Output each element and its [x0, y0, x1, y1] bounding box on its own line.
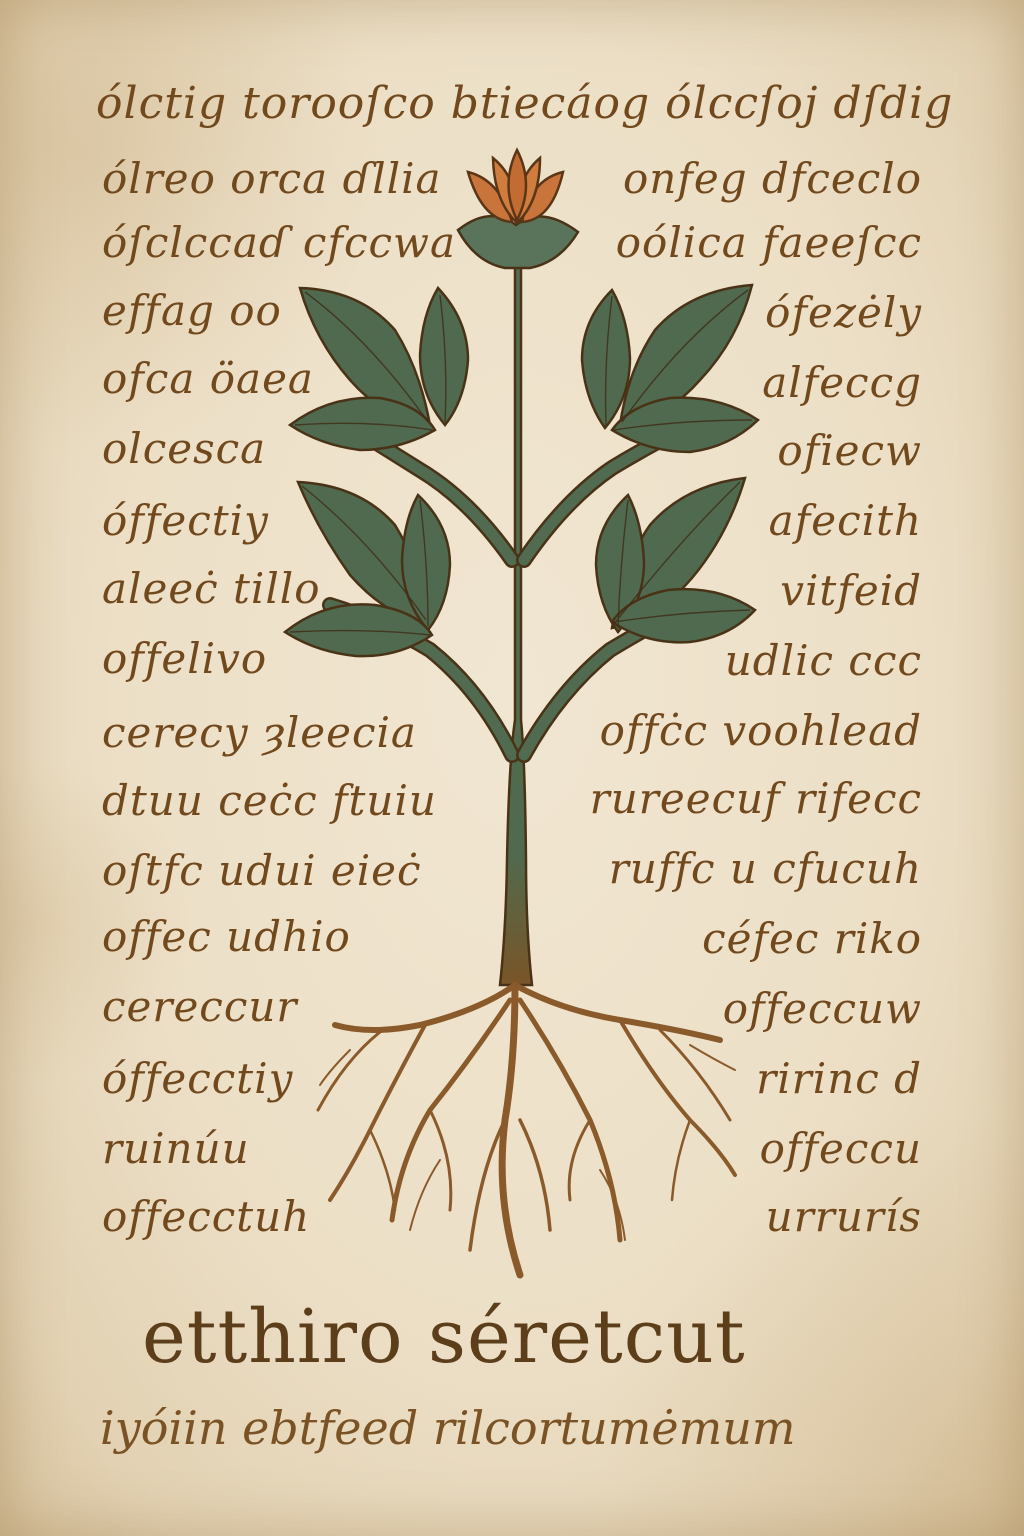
text-line: cerecy ȝleecia	[102, 712, 417, 754]
text-line: ruinúu	[102, 1128, 250, 1170]
text-line: ólreo orca ɗllia	[102, 158, 442, 200]
text-line: rureecuf rifecc	[590, 778, 922, 820]
text-line: ririnc d	[756, 1058, 922, 1100]
text-line: udlic ccc	[725, 640, 922, 682]
text-line: offelivo	[102, 638, 267, 680]
text-line: ofiecw	[777, 430, 922, 472]
text-line: offecctuh	[102, 1196, 310, 1238]
text-line: ruffc u cfucuh	[609, 848, 922, 890]
text-line: alfeccg	[762, 362, 922, 404]
main-stem	[500, 255, 532, 985]
roots	[318, 985, 735, 1275]
leaf-cluster	[285, 285, 758, 656]
text-line: olcesca	[102, 428, 266, 470]
text-line: effag oo	[102, 290, 282, 332]
text-line: offċc voohlead	[600, 710, 922, 752]
text-line: óffectiy	[102, 500, 269, 542]
flower-icon	[458, 150, 578, 268]
text-line: oſtfc udui eieċ	[102, 850, 422, 892]
text-line: aleeċ tillo	[102, 568, 321, 610]
text-line: ófezėly	[765, 292, 922, 334]
manuscript-title: etthiro séretcut	[142, 1300, 746, 1374]
text-line: oólica faeeſcc	[616, 222, 922, 264]
text-line: urrurís	[766, 1196, 922, 1238]
text-line: offeccu	[760, 1128, 922, 1170]
manuscript-page: ólctig torooſco btiecáog ólccſoj dſdig ó…	[0, 0, 1024, 1536]
text-line: ofca öaea	[102, 358, 314, 400]
header-text-line: ólctig torooſco btiecáog ólccſoj dſdig	[96, 82, 953, 126]
text-line: céfec riko	[702, 918, 922, 960]
text-line: offec udhio	[102, 916, 351, 958]
text-line: cereccur	[102, 986, 297, 1028]
text-line: onfeg dfceclo	[623, 158, 922, 200]
text-line: afecith	[769, 500, 922, 542]
text-line: vitfeid	[780, 570, 922, 612]
text-line: óſclccaɗ cfccwa	[102, 222, 456, 264]
text-line: offeccuw	[723, 988, 922, 1030]
manuscript-subtitle: iyóiin ebtfeed rilcortumėmum	[100, 1405, 795, 1451]
text-line: óffecctiy	[102, 1058, 293, 1100]
text-line: dtuu ceċc ftuiu	[102, 780, 437, 822]
leaf-veins	[290, 290, 752, 635]
